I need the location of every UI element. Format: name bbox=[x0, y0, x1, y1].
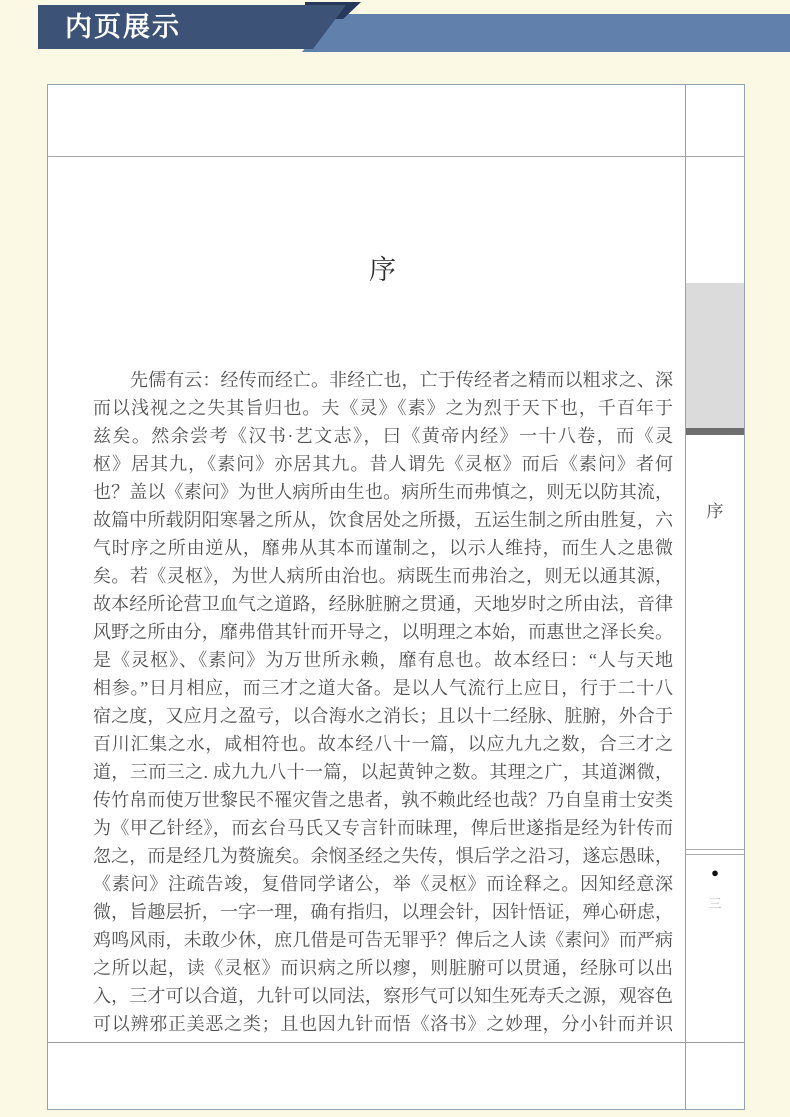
body-text-line: 先儒有云：经传而经亡。非经亡也，亡于传经者之精而以粗求之、深 bbox=[93, 366, 673, 394]
margin-rule-bottom bbox=[686, 854, 744, 855]
margin-chapter-label: 序 bbox=[686, 497, 744, 522]
body-text-line: 《素问》注疏告竣，复借同学诸公，举《灵枢》而诠释之。因知经意深 bbox=[93, 870, 673, 898]
body-text-line: 入，三才可以合道，九针可以同法，察形气可以知生死寿夭之源，观容色 bbox=[93, 982, 673, 1010]
page-title: 序 bbox=[93, 248, 673, 287]
margin-gray-block-bar bbox=[686, 428, 744, 435]
body-text-line: 道，三而三之. 成九九八十一篇，以起黄钟之数。其理之广，其道渊微， bbox=[93, 758, 673, 786]
section-banner: 内页展示 bbox=[38, 5, 346, 49]
body-text-line: 风野之所由分，靡弗借其针而开导之，以明理之本始，而惠世之泽长矣。 bbox=[93, 618, 673, 646]
body-text-line: 之所以起，读《灵枢》而识病之所以瘳，则脏腑可以贯通，经脉可以出 bbox=[93, 954, 673, 982]
page-footer-rule bbox=[48, 1042, 744, 1043]
book-page-scan: 序 ● 三 序 先儒有云：经传而经亡。非经亡也，亡于传经者之精而以粗求之、深而以… bbox=[47, 84, 745, 1110]
margin-page-number: 三 bbox=[686, 893, 744, 912]
body-text-line: 枢》居其九，《素问》亦居其九。昔人谓先《灵枢》而后《素问》者何 bbox=[93, 450, 673, 478]
body-text-line: 可以辨邪正美恶之类；且也因九针而悟《洛书》之妙理，分小针而并识 bbox=[93, 1010, 673, 1038]
body-text-line: 故篇中所载阴阳寒暑之所从，饮食居处之所摄，五运生制之所由胜复，六 bbox=[93, 506, 673, 534]
body-text-line: 矣。若《灵枢》，为世人病所由治也。病既生而弗治之，则无以通其源， bbox=[93, 562, 673, 590]
body-text-line: 相参。”日月相应，而三才之道大备。是以人气流行上应日，行于二十八 bbox=[93, 674, 673, 702]
body-text-line: 气时序之所由逆从，靡弗从其本而谨制之，以示人维持，而生人之患微 bbox=[93, 534, 673, 562]
margin-gray-block bbox=[686, 283, 744, 429]
body-text-line: 微，旨趣层折，一字一理，确有指归，以理会针，因针悟证，殚心研虑， bbox=[93, 898, 673, 926]
body-text-line: 鸡鸣风雨，未敢少休，庶几借是可告无罪乎？俾后之人读《素问》而严病 bbox=[93, 926, 673, 954]
body-text-line: 忽之，而是经几为赘旒矣。余悯圣经之失传，惧后学之沿习，遂忘愚昧， bbox=[93, 842, 673, 870]
body-text: 先儒有云：经传而经亡。非经亡也，亡于传经者之精而以粗求之、深而以浅视之之失其旨归… bbox=[93, 366, 673, 1038]
banner-light-ribbon bbox=[302, 14, 790, 52]
page-margin-divider bbox=[685, 85, 686, 1109]
section-banner-title: 内页展示 bbox=[38, 5, 181, 49]
body-text-line: 宿之度，又应月之盈亏，以合海水之消长；且以十二经脉、脏腑，外合于 bbox=[93, 702, 673, 730]
body-text-line: 百川汇集之水，咸相符也。故本经八十一篇，以应九九之数，合三才之 bbox=[93, 730, 673, 758]
body-text-line: 故本经所论营卫血气之道路，经脉脏腑之贯通，天地岁时之所由法，音律 bbox=[93, 590, 673, 618]
body-text-line: 为《甲乙针经》，而玄台马氏又专言针而昧理，俾后世遂指是经为针传而 bbox=[93, 814, 673, 842]
body-text-line: 传竹帛而使万世黎民不罹灾眚之患者，孰不赖此经也哉？乃自皇甫士安类 bbox=[93, 786, 673, 814]
body-text-line: 兹矣。然余尝考《汉书·艺文志》，曰《黄帝内经》一十八卷，而《灵 bbox=[93, 422, 673, 450]
body-text-line: 也？盖以《素问》为世人病所由生也。病所生而弗慎之，则无以防其流， bbox=[93, 478, 673, 506]
margin-bullet-dot: ● bbox=[686, 866, 744, 879]
body-text-line: 而以浅视之之失其旨归也。夫《灵》《素》之为烈于天下也，千百年于 bbox=[93, 394, 673, 422]
page-header-rule bbox=[48, 156, 744, 157]
margin-rule-top bbox=[686, 849, 744, 850]
product-inner-page-image: 内页展示 序 ● 三 序 先儒有云：经传而经亡。非经亡也，亡于传经者之精而以粗求… bbox=[0, 0, 790, 1117]
body-text-line: 是《灵枢》、《素问》为万世所永赖，靡有息也。故本经曰：“人与天地 bbox=[93, 646, 673, 674]
